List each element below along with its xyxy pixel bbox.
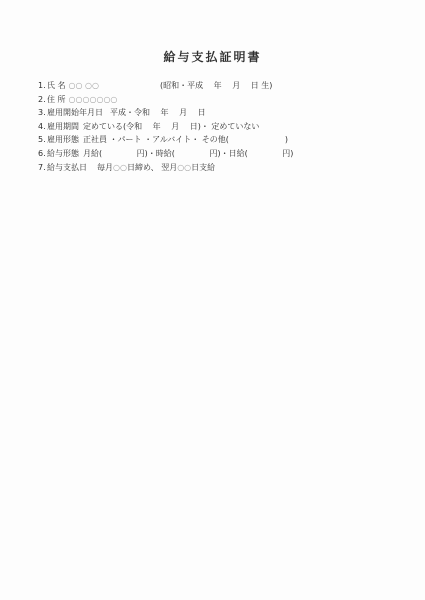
employment-period-label: 雇用期間 <box>47 120 79 134</box>
row-address: 2. 住 所 ○○○○○○○ <box>38 93 425 107</box>
employment-period-value: 定めている(令和 年 月 日)・ 定めていない <box>83 120 259 134</box>
row-number: 2. <box>38 93 47 107</box>
name-label: 氏 名 <box>47 79 66 93</box>
payment-day-post: 日支給 <box>191 161 215 175</box>
employment-start-label: 雇用開始年月日 <box>47 106 103 120</box>
address-placeholder: ○○○○○○○ <box>69 93 118 107</box>
birthdate-field: (昭和・平成 年 月 日 生) <box>160 79 272 93</box>
row-number: 4. <box>38 120 47 134</box>
row-employment-type: 5. 雇用形態 正社員 ・パート ・アルバイト・ その他( ) <box>38 133 425 147</box>
row-payment-day: 7. 給与支払日 毎月 ○○ 日締め、 翌月 ○○ 日支給 <box>38 161 425 175</box>
closing-day-placeholder: ○○ <box>113 161 127 175</box>
payment-day-label: 給与支払日 <box>47 161 87 175</box>
payment-day-pre: 毎月 <box>97 161 113 175</box>
employment-start-value: 平成・令和 年 月 日 <box>110 106 206 120</box>
address-label: 住 所 <box>47 93 66 107</box>
certificate-page: 給与支払証明書 1. 氏 名 ○○ ○○ (昭和・平成 年 月 日 生) 2. … <box>0 0 425 600</box>
row-number: 3. <box>38 106 47 120</box>
employment-type-label: 雇用形態 <box>47 133 79 147</box>
row-number: 6. <box>38 147 47 161</box>
row-employment-start: 3. 雇用開始年月日 平成・令和 年 月 日 <box>38 106 425 120</box>
payment-day-mid: 日締め、 翌月 <box>127 161 177 175</box>
row-employment-period: 4. 雇用期間 定めている(令和 年 月 日)・ 定めていない <box>38 120 425 134</box>
form-rows: 1. 氏 名 ○○ ○○ (昭和・平成 年 月 日 生) 2. 住 所 ○○○○… <box>38 79 425 174</box>
row-number: 1. <box>38 79 47 93</box>
row-number: 7. <box>38 161 47 175</box>
salary-type-label: 給与形態 <box>47 147 79 161</box>
salary-type-value: 月給( 円)・時給( 円)・日給( 円) <box>83 147 293 161</box>
name-placeholder: ○○ ○○ <box>69 79 99 93</box>
employment-type-value: 正社員 ・パート ・アルバイト・ その他( ) <box>83 133 288 147</box>
payment-day-placeholder: ○○ <box>177 161 191 175</box>
row-salary-type: 6. 給与形態 月給( 円)・時給( 円)・日給( 円) <box>38 147 425 161</box>
row-name: 1. 氏 名 ○○ ○○ (昭和・平成 年 月 日 生) <box>38 79 425 93</box>
row-number: 5. <box>38 133 47 147</box>
page-title: 給与支払証明書 <box>0 48 425 65</box>
